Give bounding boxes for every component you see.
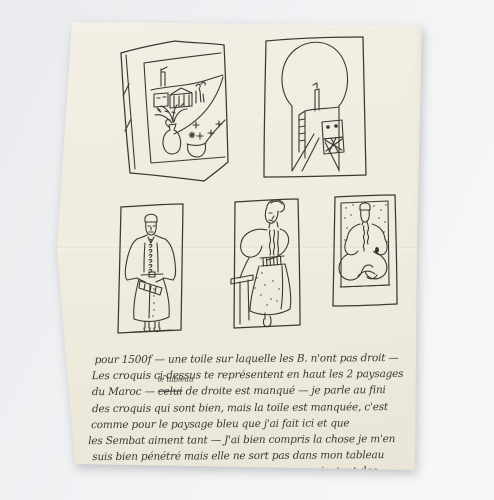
- letter-line-3: du Maroc — le tableaucelui de droite est…: [92, 382, 422, 401]
- seated-cross-legged-figure-sketch: [329, 188, 401, 312]
- letter-line-3-correction: le tableaucelui: [158, 384, 183, 400]
- paper-shadow: pour 1500f — une toile sur laquelle les …: [0, 0, 494, 500]
- letter-paper: pour 1500f — une toile sur laquelle les …: [56, 20, 424, 472]
- letter-line-8: peut-être j'en ferai un grand panneau en…: [93, 463, 422, 481]
- letter-line-3-post: de droite est manqué — je parle au fini: [182, 385, 385, 398]
- window-with-landscape-view-sketch: [108, 36, 238, 188]
- letter-line-3-pre: du Maroc —: [92, 386, 158, 398]
- photo-background: pour 1500f — une toile sur laquelle les …: [0, 0, 494, 500]
- letter-line-3-insertion: le tableau: [158, 376, 194, 384]
- casbah-gate-arch-sketch: [258, 30, 373, 184]
- letter-line-3-struck-word: celui: [158, 386, 183, 398]
- standing-woman-leaning-sketch: [227, 193, 306, 332]
- standing-figure-in-caftan-sketch: [112, 199, 192, 337]
- letter-line-4: des croquis qui sont bien, mais la toile…: [92, 398, 422, 417]
- handwritten-text: pour 1500f — une toile sur laquelle les …: [92, 350, 423, 482]
